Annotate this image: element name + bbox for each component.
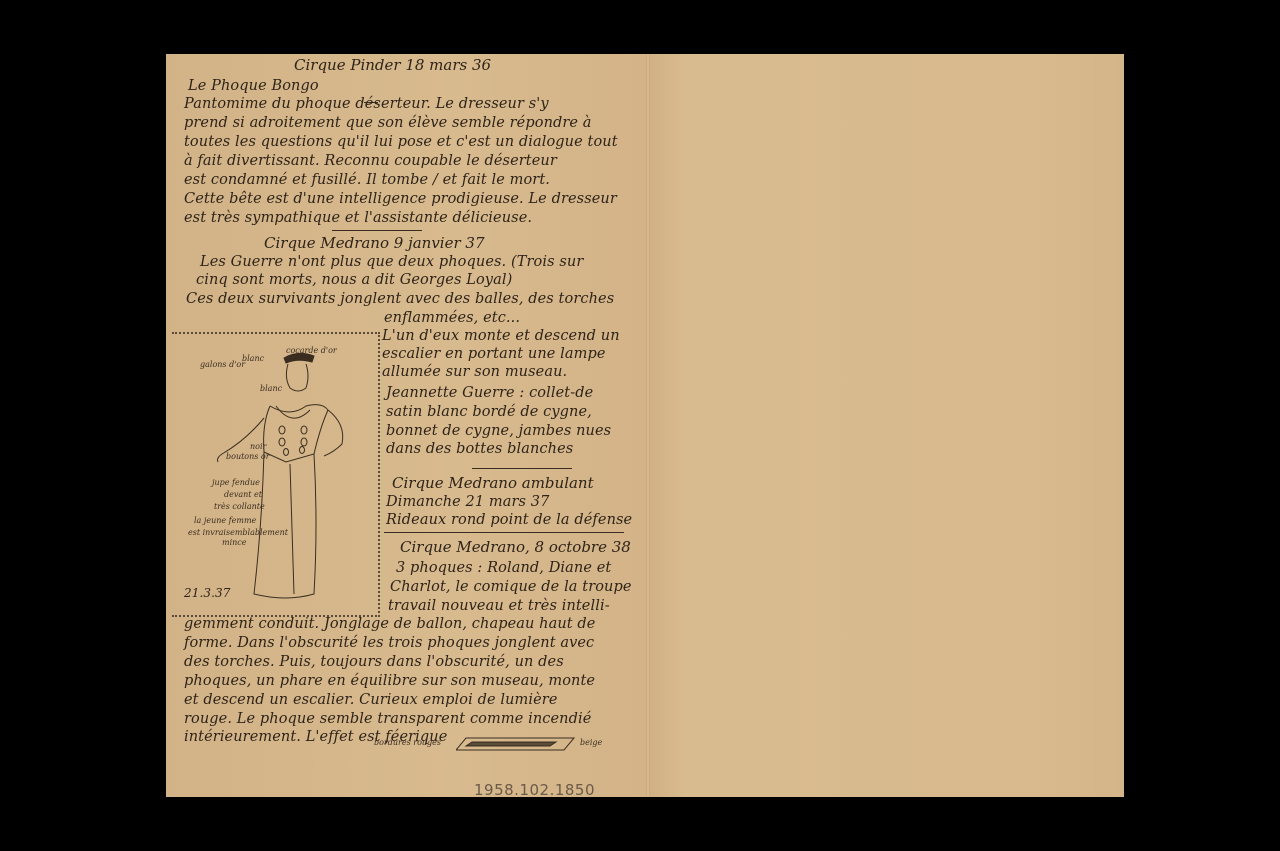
text-line: Dimanche 21 mars 37 <box>386 494 549 510</box>
section2-heading: Cirque Medrano 9 janvier 37 <box>264 234 485 252</box>
text-line: forme. Dans l'obscurité les trois phoque… <box>184 635 594 651</box>
text-line: 3 phoques : Roland, Diane et <box>396 560 611 576</box>
annotation: blanc <box>242 354 264 363</box>
annotation: très collante <box>214 502 265 511</box>
text-line: Les Guerre n'ont plus que deux phoques. … <box>200 254 583 270</box>
accession-number: 1958.102.1850 <box>474 781 595 799</box>
text-line: à fait divertissant. Reconnu coupable le… <box>184 153 557 169</box>
text-line: toutes les questions qu'il lui pose et c… <box>184 134 618 150</box>
text-line: gemment conduit. Jonglage de ballon, cha… <box>184 616 595 632</box>
text-line: cinq sont morts, nous a dit Georges Loya… <box>196 272 512 288</box>
text-line: prend si adroitement que son élève sembl… <box>184 115 592 131</box>
annotation: noir <box>250 442 266 451</box>
text-line: Charlot, le comique de la troupe <box>390 579 632 595</box>
notebook-sheet: Cirque Pinder 18 mars 36 Le Phoque Bongo… <box>166 54 1124 797</box>
text-line: allumée sur son museau. <box>382 364 567 380</box>
annotation: galons d'or <box>200 360 245 369</box>
annotation: blanc <box>260 384 282 393</box>
annotation: jupe fendue <box>212 478 260 487</box>
text-line: Jeannette Guerre : collet-de <box>386 385 593 401</box>
text-line: escalier en portant une lampe <box>382 346 606 362</box>
text-line: L'un d'eux monte et descend un <box>382 328 620 344</box>
annotation: devant et <box>224 490 262 499</box>
text-line: bonnet de cygne, jambes nues <box>386 423 611 439</box>
page-fold <box>646 54 650 797</box>
divider <box>332 230 422 231</box>
left-page: Cirque Pinder 18 mars 36 Le Phoque Bongo… <box>166 54 648 797</box>
costume-sketch-icon <box>206 344 366 604</box>
text-line: Rideaux rond point de la défense <box>386 512 632 528</box>
text-line: et descend un escalier. Curieux emploi d… <box>184 692 558 708</box>
section4-heading: Cirque Medrano, 8 octobre 38 <box>400 538 631 556</box>
section3-heading: Cirque Medrano ambulant <box>392 474 594 492</box>
annotation: boutons or <box>226 452 270 461</box>
text-line: des torches. Puis, toujours dans l'obscu… <box>184 654 564 670</box>
text-line: Le Phoque Bongo <box>188 78 319 94</box>
text-line: Pantomime du phoque déserteur. Le dresse… <box>184 96 549 112</box>
text-line: Ces deux survivants jonglent avec des ba… <box>186 291 614 307</box>
text-line: satin blanc bordé de cygne, <box>386 404 592 420</box>
right-page-blank <box>648 54 1124 797</box>
text-line: dans des bottes blanches <box>386 441 573 457</box>
divider <box>384 532 624 533</box>
section1-heading: Cirque Pinder 18 mars 36 <box>294 56 491 74</box>
text-line: phoques, un phare en équilibre sur son m… <box>184 673 595 689</box>
annotation: est invraisemblablement <box>188 528 288 537</box>
annotation: cocarde d'or <box>286 346 337 355</box>
text-line: travail nouveau et très intelli- <box>388 598 610 614</box>
text-line: est condamné et fusillé. Il tombe / et f… <box>184 172 550 188</box>
border-sketch-icon <box>456 734 576 754</box>
annotation: bordures rouges <box>374 738 441 747</box>
divider <box>472 468 572 469</box>
text-line: rouge. Le phoque semble transparent comm… <box>184 711 591 727</box>
annotation: la jeune femme <box>194 516 256 525</box>
sketch-date: 21.3.37 <box>184 586 231 600</box>
annotation: beige <box>580 738 602 747</box>
annotation: mince <box>222 538 247 547</box>
text-line: Cette bête est d'une intelligence prodig… <box>184 191 617 207</box>
text-line: enflammées, etc... <box>384 310 520 326</box>
text-line: est très sympathique et l'assistante dél… <box>184 210 532 226</box>
